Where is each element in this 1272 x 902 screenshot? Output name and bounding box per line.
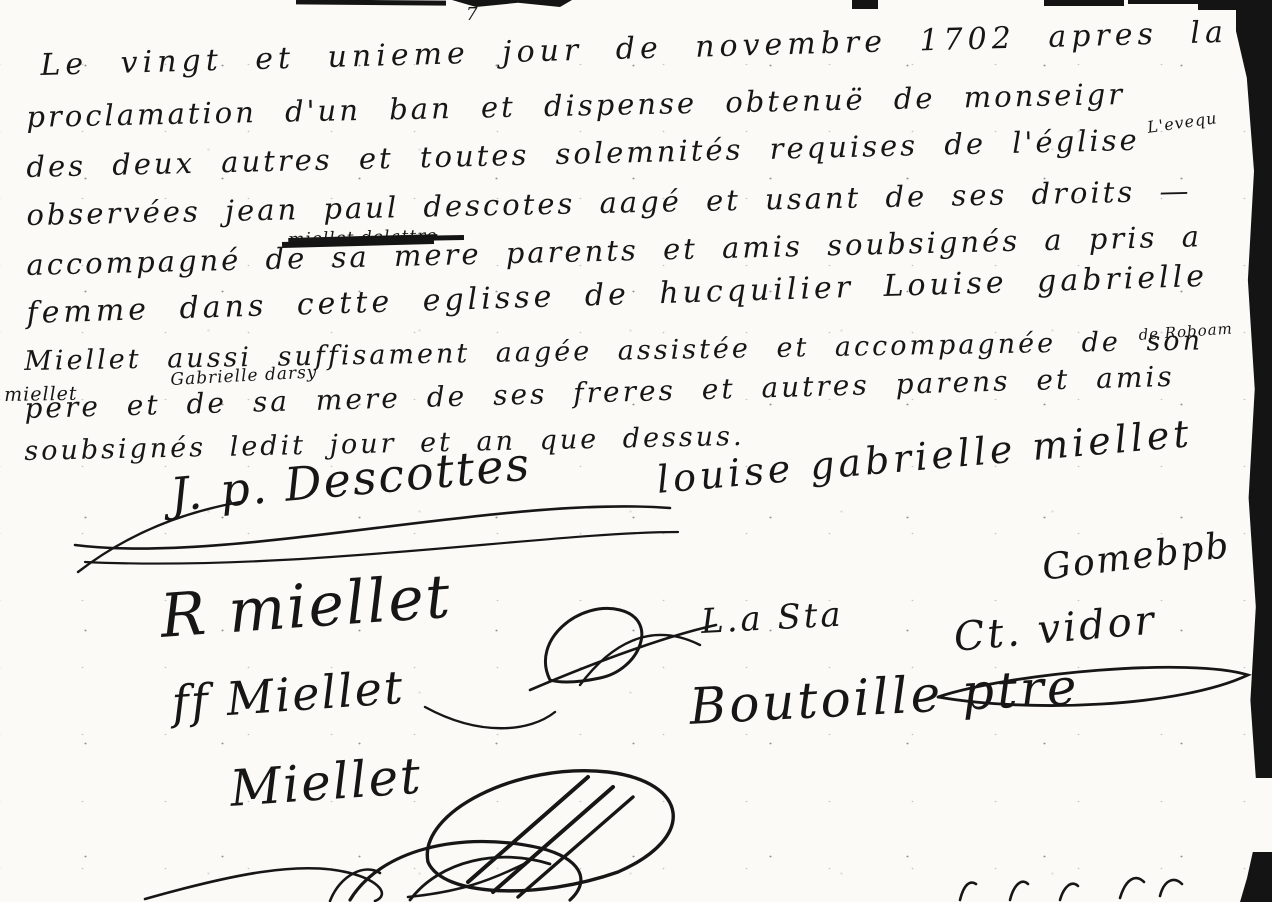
signature-boutoille: Boutoille ptre — [688, 658, 1081, 736]
record-line-2-tail: L'evequ — [1146, 108, 1219, 137]
record-line-3: des deux autres et toutes solemnités req… — [26, 123, 1140, 184]
signature-la-sta: L.a Sta — [700, 595, 845, 642]
descottes-paraphe-stroke — [70, 470, 690, 580]
scan-top-mark — [1128, 0, 1198, 4]
signature-miellet-paraphe: Miellet — [228, 747, 424, 818]
cutoff-letter-tops-right — [950, 872, 1210, 902]
record-line-2: proclamation d'un ban et dispense obtenu… — [26, 77, 1125, 134]
scan-top-mark — [1044, 0, 1124, 6]
record-line-1: Le vingt et unieme jour de novembre 1702… — [40, 15, 1228, 83]
signature-gomebpb: Gomebpb — [1040, 525, 1233, 589]
scan-top-mark — [296, 0, 446, 6]
top-pen-mark: 7 — [466, 4, 477, 25]
signature-vidor: Ct. vidor — [952, 597, 1159, 661]
ff-miellet-tail-stroke — [420, 692, 560, 742]
scan-top-mark — [852, 0, 878, 9]
signature-ff-miellet: ff Miellet — [170, 660, 406, 730]
scanned-document-page: 7 Le vingt et unieme jour de novembre 17… — [0, 0, 1272, 902]
scan-top-mark — [1198, 0, 1272, 10]
cutoff-signature-strokes-center — [320, 830, 600, 902]
scan-corner-blob — [1240, 852, 1272, 902]
